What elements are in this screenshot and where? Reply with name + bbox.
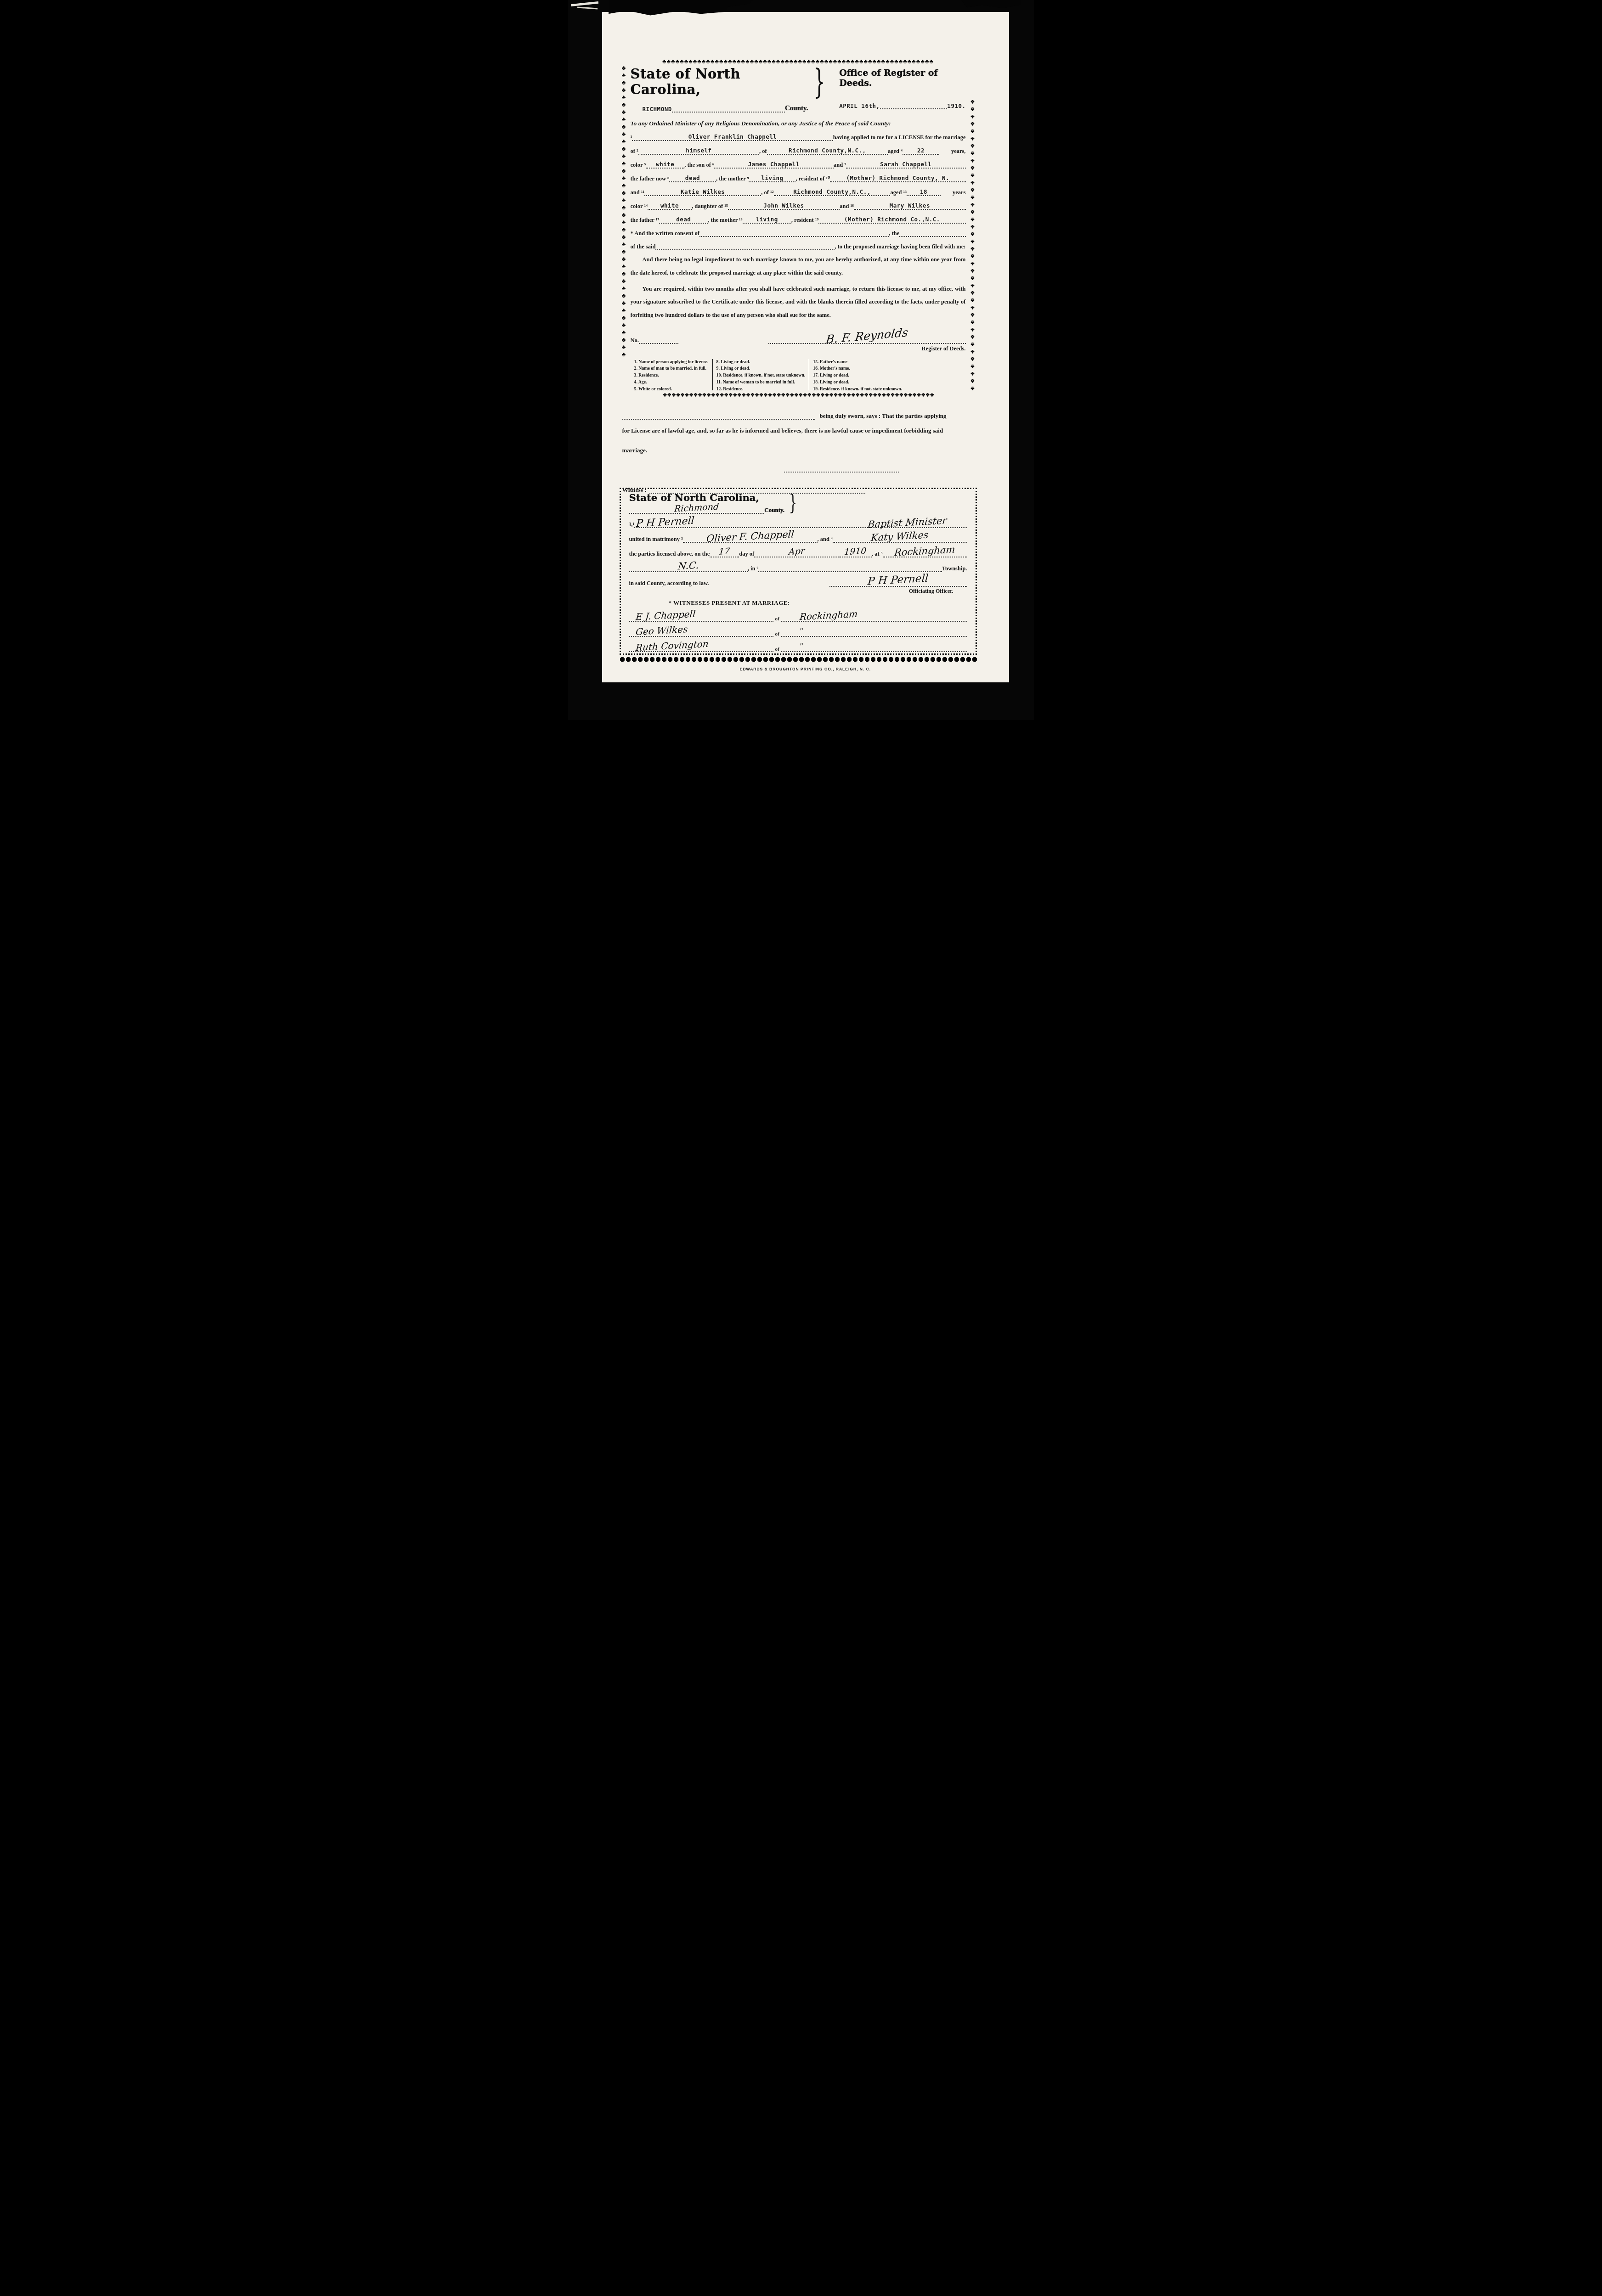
and-label: and ⁷ xyxy=(834,162,846,169)
form-line-of-said: of the said , to the proposed marriage h… xyxy=(631,243,966,250)
authorization-paragraph: And there being no legal impediment to s… xyxy=(631,253,966,280)
day-blank: 17 xyxy=(710,548,739,557)
bride-residence-value: Richmond County,N.C., xyxy=(774,188,891,196)
ornament-border-left-icon: ♣♣♣♣♣♣♣♣♣♣♣♣♣♣♣♣♣♣♣♣♣♣♣♣♣♣♣♣♣♣♣♣♣♣♣♣♣♣♣♣ xyxy=(620,64,627,392)
groom-color-value: white xyxy=(646,161,684,169)
county-label: County. xyxy=(785,105,808,113)
place-handwriting: Rockingham xyxy=(894,545,956,557)
state-title: State of North Carolina, xyxy=(631,66,808,97)
mother-label: , the mother ⁹ xyxy=(716,175,749,182)
of2-label: , of xyxy=(759,148,767,155)
united-label: united in matrimony ³ xyxy=(629,536,683,543)
united-line: united in matrimony ³ Oliver F. Chappell… xyxy=(629,532,967,543)
groom-mother-status-value: living xyxy=(749,174,795,182)
form-line-bride-parents-status: the father ¹⁷ dead , the mother ¹⁸ livin… xyxy=(631,216,966,224)
witness-place-handwriting: " xyxy=(799,627,804,636)
day-handwriting: 17 xyxy=(718,547,730,556)
groom-for-value: himself xyxy=(638,147,759,155)
license-header: State of North Carolina, RICHMOND County… xyxy=(631,66,966,113)
groom-blank: Oliver F. Chappell xyxy=(683,532,818,543)
license-section: ♣♣♣♣♣♣♣♣♣♣♣♣♣♣♣♣♣♣♣♣♣♣♣♣♣♣♣♣♣♣♣♣♣♣♣♣♣♣♣♣… xyxy=(620,58,977,399)
of12-label: , of ¹² xyxy=(761,189,773,196)
footnote-item: 18. Living or dead. xyxy=(813,379,902,386)
of-said-label: of the said xyxy=(631,243,656,250)
aged13-label: aged ¹³ xyxy=(890,189,907,196)
footnote-item: 2. Name of man to be married, in full. xyxy=(634,366,709,372)
the-blank xyxy=(899,230,965,237)
daughter-of-label: , daughter of ¹⁵ xyxy=(692,203,728,210)
license-content: State of North Carolina, RICHMOND County… xyxy=(631,66,966,390)
denomination-handwriting: Baptist Minister xyxy=(867,516,947,529)
scanned-page: ♣♣♣♣♣♣♣♣♣♣♣♣♣♣♣♣♣♣♣♣♣♣♣♣♣♣♣♣♣♣♣♣♣♣♣♣♣♣♣♣… xyxy=(568,0,1034,720)
consent-label: * And the written consent of xyxy=(631,230,699,237)
footnote-item: 11. Name of woman to be married in full. xyxy=(716,379,806,386)
witness-row-2: Geo Wilkes of " xyxy=(629,625,967,637)
mother18-label: , the mother ¹⁸ xyxy=(708,217,742,224)
license-header-left: State of North Carolina, RICHMOND County… xyxy=(631,66,808,113)
ornament-border-right-icon: ♣♣♣♣♣♣♣♣♣♣♣♣♣♣♣♣♣♣♣♣♣♣♣♣♣♣♣♣♣♣♣♣♣♣♣♣♣♣♣♣ xyxy=(969,64,977,392)
office-title: Office of Register of Deeds. xyxy=(839,68,965,88)
state-blank: N.C. xyxy=(629,562,748,572)
register-of-deeds-label: Register of Deeds. xyxy=(631,345,966,352)
county-line: RICHMOND County. xyxy=(631,105,808,113)
salutation: To any Ordained Minister of any Religiou… xyxy=(631,120,966,127)
according-law-line: in said County, according to law. P H Pe… xyxy=(629,574,967,587)
witnesses-heading: * WITNESSES PRESENT AT MARRIAGE: xyxy=(669,599,967,607)
witness-of-label: of xyxy=(775,616,779,622)
footnote-item: 10. Residence, if known, if not, state u… xyxy=(716,372,806,379)
witness-of-label: of xyxy=(775,631,779,637)
witness-name-handwriting: Geo Wilkes xyxy=(635,624,688,637)
officiant-line-blank: P H Pernell Baptist Minister xyxy=(634,518,967,528)
township-label: Township. xyxy=(942,565,967,572)
ornament-border-top-icon: ♣♣♣♣♣♣♣♣♣♣♣♣♣♣♣♣♣♣♣♣♣♣♣♣♣♣♣♣♣♣♣♣♣♣♣♣♣♣♣♣… xyxy=(620,58,977,65)
certificate-header-left: State of North Carolina, Richmond County… xyxy=(629,492,785,514)
footnote-column-1: 1. Name of person applying for license. … xyxy=(631,359,712,390)
form-line-groom-residence: of ² himself , of Richmond County,N.C., … xyxy=(631,147,966,155)
footnote-item: 8. Living or dead. xyxy=(716,359,806,366)
form-line-groom-parents: color ⁵ white , the son of ⁶ James Chapp… xyxy=(631,161,966,169)
footnote-item: 17. Living or dead. xyxy=(813,372,902,379)
groom-father-status-value: dead xyxy=(669,174,716,182)
officiating-officer-label: Officiating Officer. xyxy=(629,588,967,595)
witness-place-blank: " xyxy=(781,627,967,637)
footnote-item: 4. Age. xyxy=(634,379,709,386)
resident19-label: , resident ¹⁹ xyxy=(791,217,819,224)
footnote-item: 1. Name of person applying for license. xyxy=(634,359,709,366)
father17-label: the father ¹⁷ xyxy=(631,217,660,224)
date-year: 1910. xyxy=(947,102,965,109)
applicant-name-value: Oliver Franklin Chappell xyxy=(632,133,833,141)
license-header-right: Office of Register of Deeds. APRIL 16th,… xyxy=(831,66,965,109)
cert-and-label: , and ⁴ xyxy=(818,536,833,543)
certificate-header: State of North Carolina, Richmond County… xyxy=(629,492,967,514)
certificate-county-value: Richmond xyxy=(629,504,765,514)
certificate-brace-icon: } xyxy=(789,492,797,513)
register-signature-line: B. F. Reynolds xyxy=(768,329,966,344)
county-blank xyxy=(672,105,785,113)
county-handwriting: Richmond xyxy=(674,503,719,513)
filed-with-me-label: , to the proposed marriage having been f… xyxy=(835,243,965,250)
resident-of-label: , resident of ¹⁰ xyxy=(795,175,830,182)
footnote-item: 15. Father's name xyxy=(813,359,902,366)
witness-name-blank: Ruth Covington xyxy=(629,640,773,652)
years2-label: years xyxy=(953,189,965,196)
groom-mother-value: Sarah Chappell xyxy=(846,161,965,169)
affidavit-signature-blank xyxy=(784,467,899,473)
state-handwriting: N.C. xyxy=(677,561,699,571)
footnote-item: 9. Living or dead. xyxy=(716,366,806,372)
bride-parents-residence-value: (Mother) Richmond Co.,N.C. xyxy=(818,216,965,224)
no-label: No. xyxy=(631,337,639,344)
date-place-line: the parties licensed above, on the 17 da… xyxy=(629,547,967,557)
torn-paper-top-right xyxy=(961,0,1021,8)
scan-scratch xyxy=(577,6,597,9)
affidavit-section: being duly sworn, says : That the partie… xyxy=(622,412,974,494)
witness-place-handwriting: " xyxy=(799,642,804,652)
footnote-item: 16. Mother's name. xyxy=(813,366,902,372)
day-of-label: day of xyxy=(739,551,754,557)
witness-name-blank: Geo Wilkes xyxy=(629,625,773,637)
sworn-blank xyxy=(622,412,815,420)
son-of-label: , the son of ⁶ xyxy=(684,162,714,169)
officiant-line: I,¹ P H Pernell Baptist Minister xyxy=(629,518,967,528)
witness-row-3: Ruth Covington of " xyxy=(629,641,967,652)
sworn-line: being duly sworn, says : That the partie… xyxy=(622,412,974,420)
officiant-signature-handwriting: P H Pernell xyxy=(867,572,929,587)
groom-age-value: 22 xyxy=(903,147,939,155)
bride-handwriting: Katy Wilkes xyxy=(871,530,929,542)
certificate-state-title: State of North Carolina, xyxy=(629,492,785,503)
brace-icon: } xyxy=(814,66,825,97)
father-now-label: the father now ⁸ xyxy=(631,175,669,182)
at-label: , at ⁵ xyxy=(872,551,883,557)
according-law-label: in said County, according to law. xyxy=(629,580,709,587)
year-handwriting: 1910 xyxy=(844,547,867,556)
form-line-consent: * And the written consent of , the xyxy=(631,230,966,237)
form-line-groom-parents-status: the father now ⁸ dead , the mother ⁹ liv… xyxy=(631,174,966,182)
aged-label: aged ⁴ xyxy=(888,148,903,155)
officiant-signature-line: P H Pernell xyxy=(829,574,967,587)
footnote-item: 5. White or colored. xyxy=(634,386,709,391)
requirement-paragraph: You are required, within two months afte… xyxy=(631,282,966,322)
footnote-item: 12. Residence. xyxy=(716,386,806,391)
license-footnotes: 1. Name of person applying for license. … xyxy=(631,359,966,390)
bride-mother-value: Mary Wilkes xyxy=(854,202,965,210)
groom-residence-value: Richmond County,N.C., xyxy=(767,147,888,155)
bride-father-status-value: dead xyxy=(659,216,708,224)
footnote-item: 3. Residence. xyxy=(634,372,709,379)
witness-name-handwriting: Ruth Covington xyxy=(635,638,709,653)
date-blank xyxy=(880,102,948,109)
document-paper: ♣♣♣♣♣♣♣♣♣♣♣♣♣♣♣♣♣♣♣♣♣♣♣♣♣♣♣♣♣♣♣♣♣♣♣♣♣♣♣♣… xyxy=(602,12,1009,682)
footnote-column-3: 15. Father's name 16. Mother's name. 17.… xyxy=(809,359,906,390)
applied-label: having applied to me for a LICENSE for t… xyxy=(833,134,966,141)
printer-credit: EDWARDS & BROUGHTON PRINTING CO., RALEIG… xyxy=(602,667,1009,671)
bride-blank: Katy Wilkes xyxy=(833,532,967,543)
groom-handwriting: Oliver F. Chappell xyxy=(706,530,795,543)
parties-label: the parties licensed above, on the xyxy=(629,551,710,557)
witness-place-blank: " xyxy=(781,642,967,652)
affidavit-text: for License are of lawful age, and, so f… xyxy=(622,424,974,437)
bride-father-value: John Wilkes xyxy=(728,202,840,210)
affidavit-text-end: marriage. xyxy=(622,444,974,456)
color-label: color ⁵ xyxy=(631,162,646,169)
year-blank: 1910 xyxy=(839,548,872,557)
number-signature-line: No. B. F. Reynolds xyxy=(631,329,966,344)
form-line-bride: and ¹¹ Katie Wilkes , of ¹² Richmond Cou… xyxy=(631,188,966,196)
form-line-applicant: ¹ Oliver Franklin Chappell having applie… xyxy=(631,133,966,141)
county-value: RICHMOND xyxy=(643,106,672,113)
in-label: , in ⁶ xyxy=(748,565,759,572)
officiant-name-handwriting: P H Pernell xyxy=(636,517,694,529)
ornament-border-bottom-icon: ♣♣♣♣♣♣♣♣♣♣♣♣♣♣♣♣♣♣♣♣♣♣♣♣♣♣♣♣♣♣♣♣♣♣♣♣♣♣♣♣… xyxy=(620,391,977,399)
no-blank xyxy=(639,343,678,344)
i-label: I,¹ xyxy=(629,521,635,528)
bride-name-value: Katie Wilkes xyxy=(644,188,761,196)
month-blank: Apr xyxy=(754,548,839,557)
footnote-item: 19. Residence, if known, if not, state u… xyxy=(813,386,902,391)
consent-blank xyxy=(699,230,889,237)
witness-place-blank: Rockingham xyxy=(781,610,967,622)
certificate-county-line: Richmond County. xyxy=(629,504,785,514)
certificate-section: State of North Carolina, Richmond County… xyxy=(620,488,977,655)
state-township-line: N.C. , in ⁶ Township. xyxy=(629,562,967,572)
groom-parents-residence-value: (Mother) Richmond County, N. xyxy=(830,174,966,182)
the-label: , the xyxy=(889,230,899,237)
place-blank: Rockingham xyxy=(883,547,967,557)
bride-color-value: white xyxy=(648,202,692,210)
bride-age-value: 18 xyxy=(907,188,941,196)
witness-name-handwriting: E J. Chappell xyxy=(635,608,696,622)
groom-father-value: James Chappell xyxy=(714,161,834,169)
bride-mother-status-value: living xyxy=(743,216,791,224)
and16-label: and ¹⁶ xyxy=(840,203,854,210)
of-said-blank xyxy=(655,243,835,250)
footnote-column-2: 8. Living or dead. 9. Living or dead. 10… xyxy=(712,359,809,390)
witness-place-handwriting: Rockingham xyxy=(799,608,858,622)
date-line: APRIL 16th, 1910. xyxy=(839,102,965,109)
sworn-label: being duly sworn, says : That the partie… xyxy=(820,412,947,420)
bead-border-icon xyxy=(620,657,977,663)
register-signature: B. F. Reynolds xyxy=(825,326,908,346)
date-value: APRIL 16th, xyxy=(839,102,880,109)
scan-scratch xyxy=(570,1,598,6)
of-label: of ² xyxy=(631,148,638,155)
certificate-county-label: County. xyxy=(764,506,784,514)
witness-of-label: of xyxy=(775,647,779,652)
witness-name-blank: E J. Chappell xyxy=(629,610,773,622)
form-line-bride-parents: color ¹⁴ white , daughter of ¹⁵ John Wil… xyxy=(631,202,966,210)
and11-label: and ¹¹ xyxy=(631,189,645,196)
month-handwriting: Apr xyxy=(788,547,805,556)
witness-row-1: E J. Chappell of Rockingham xyxy=(629,610,967,622)
color14-label: color ¹⁴ xyxy=(631,203,648,210)
township-blank xyxy=(758,571,942,572)
years-label: years, xyxy=(951,148,966,155)
